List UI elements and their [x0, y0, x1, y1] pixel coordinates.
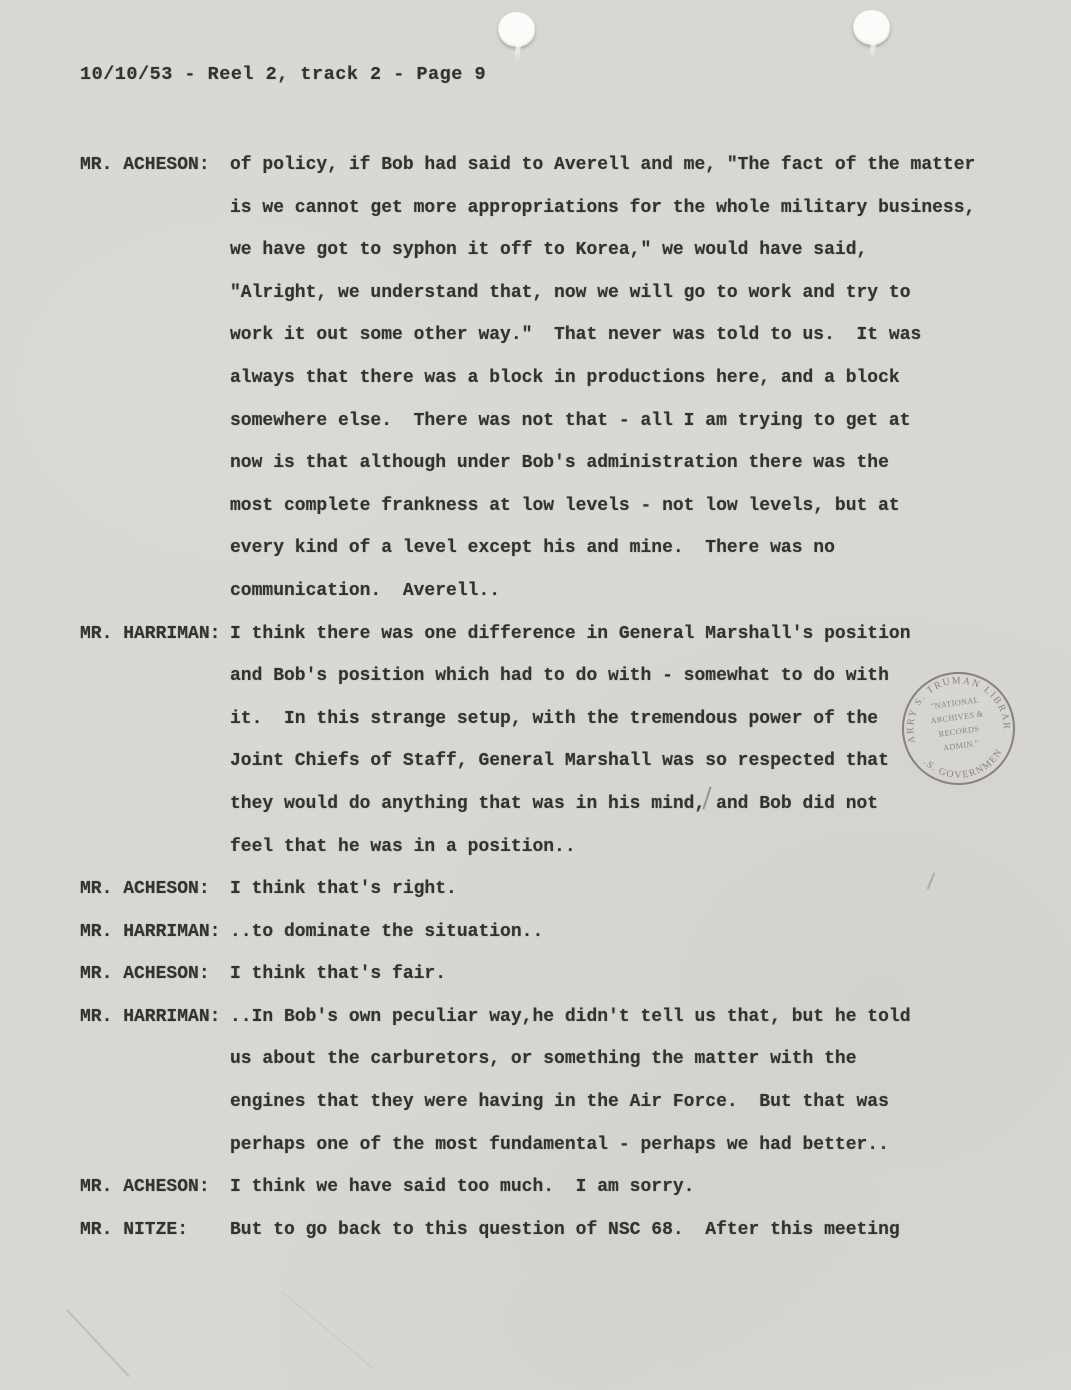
transcript-turn: MR. HARRIMAN: ..In Bob's own peculiar wa… — [80, 996, 1020, 1166]
punch-hole-left — [498, 12, 535, 47]
speaker-label: MR. HARRIMAN: — [80, 996, 230, 1039]
document-page: 10/10/53 - Reel 2, track 2 - Page 9 MR. … — [0, 0, 1071, 1390]
speaker-label: MR. NITZE: — [80, 1209, 230, 1252]
stamp-center-line-4: ADMIN." — [942, 739, 979, 753]
speaker-label: MR. HARRIMAN: — [80, 613, 230, 656]
transcript-turn: MR. ACHESON: I think that's right. — [80, 868, 1020, 911]
speech-text: I think that's fair. — [230, 953, 1020, 996]
speaker-label: MR. ACHESON: — [80, 868, 230, 911]
speech-text: ..In Bob's own peculiar way,he didn't te… — [230, 996, 1020, 1166]
transcript-turn: MR. ACHESON: of policy, if Bob had said … — [80, 144, 1020, 613]
stamp-center-line-1: "NATIONAL — [930, 695, 979, 711]
stamp-center-line-3: RECORDS — [938, 724, 980, 739]
transcript-turn: MR. ACHESON: I think that's fair. — [80, 953, 1020, 996]
paper-crease — [282, 1292, 375, 1370]
speech-text: I think that's right. — [230, 868, 1020, 911]
speech-text: But to go back to this question of NSC 6… — [230, 1209, 1020, 1252]
archive-stamp: HARRY S. TRUMAN LIBRARY U.S. GOVERNMENT … — [899, 669, 1018, 788]
speaker-label: MR. ACHESON: — [80, 1166, 230, 1209]
transcript: MR. ACHESON: of policy, if Bob had said … — [80, 144, 1020, 1251]
speech-text: ..to dominate the situation.. — [230, 911, 1020, 954]
paper-crease — [66, 1309, 130, 1377]
speech-text: I think we have said too much. I am sorr… — [230, 1166, 1020, 1209]
speech-text: of policy, if Bob had said to Averell an… — [230, 144, 1020, 613]
speaker-label: MR. ACHESON: — [80, 144, 230, 187]
speaker-label: MR. HARRIMAN: — [80, 911, 230, 954]
transcript-turn: MR. HARRIMAN: ..to dominate the situatio… — [80, 911, 1020, 954]
speaker-label: MR. ACHESON: — [80, 953, 230, 996]
transcript-turn: MR. ACHESON: I think we have said too mu… — [80, 1166, 1020, 1209]
stamp-center-line-2: ARCHIVES & — [930, 709, 984, 725]
page-header: 10/10/53 - Reel 2, track 2 - Page 9 — [80, 64, 486, 85]
transcript-turn: MR. HARRIMAN: I think there was one diff… — [80, 613, 1020, 869]
punch-hole-right — [853, 10, 890, 45]
transcript-turn: MR. NITZE: But to go back to this questi… — [80, 1209, 1020, 1252]
